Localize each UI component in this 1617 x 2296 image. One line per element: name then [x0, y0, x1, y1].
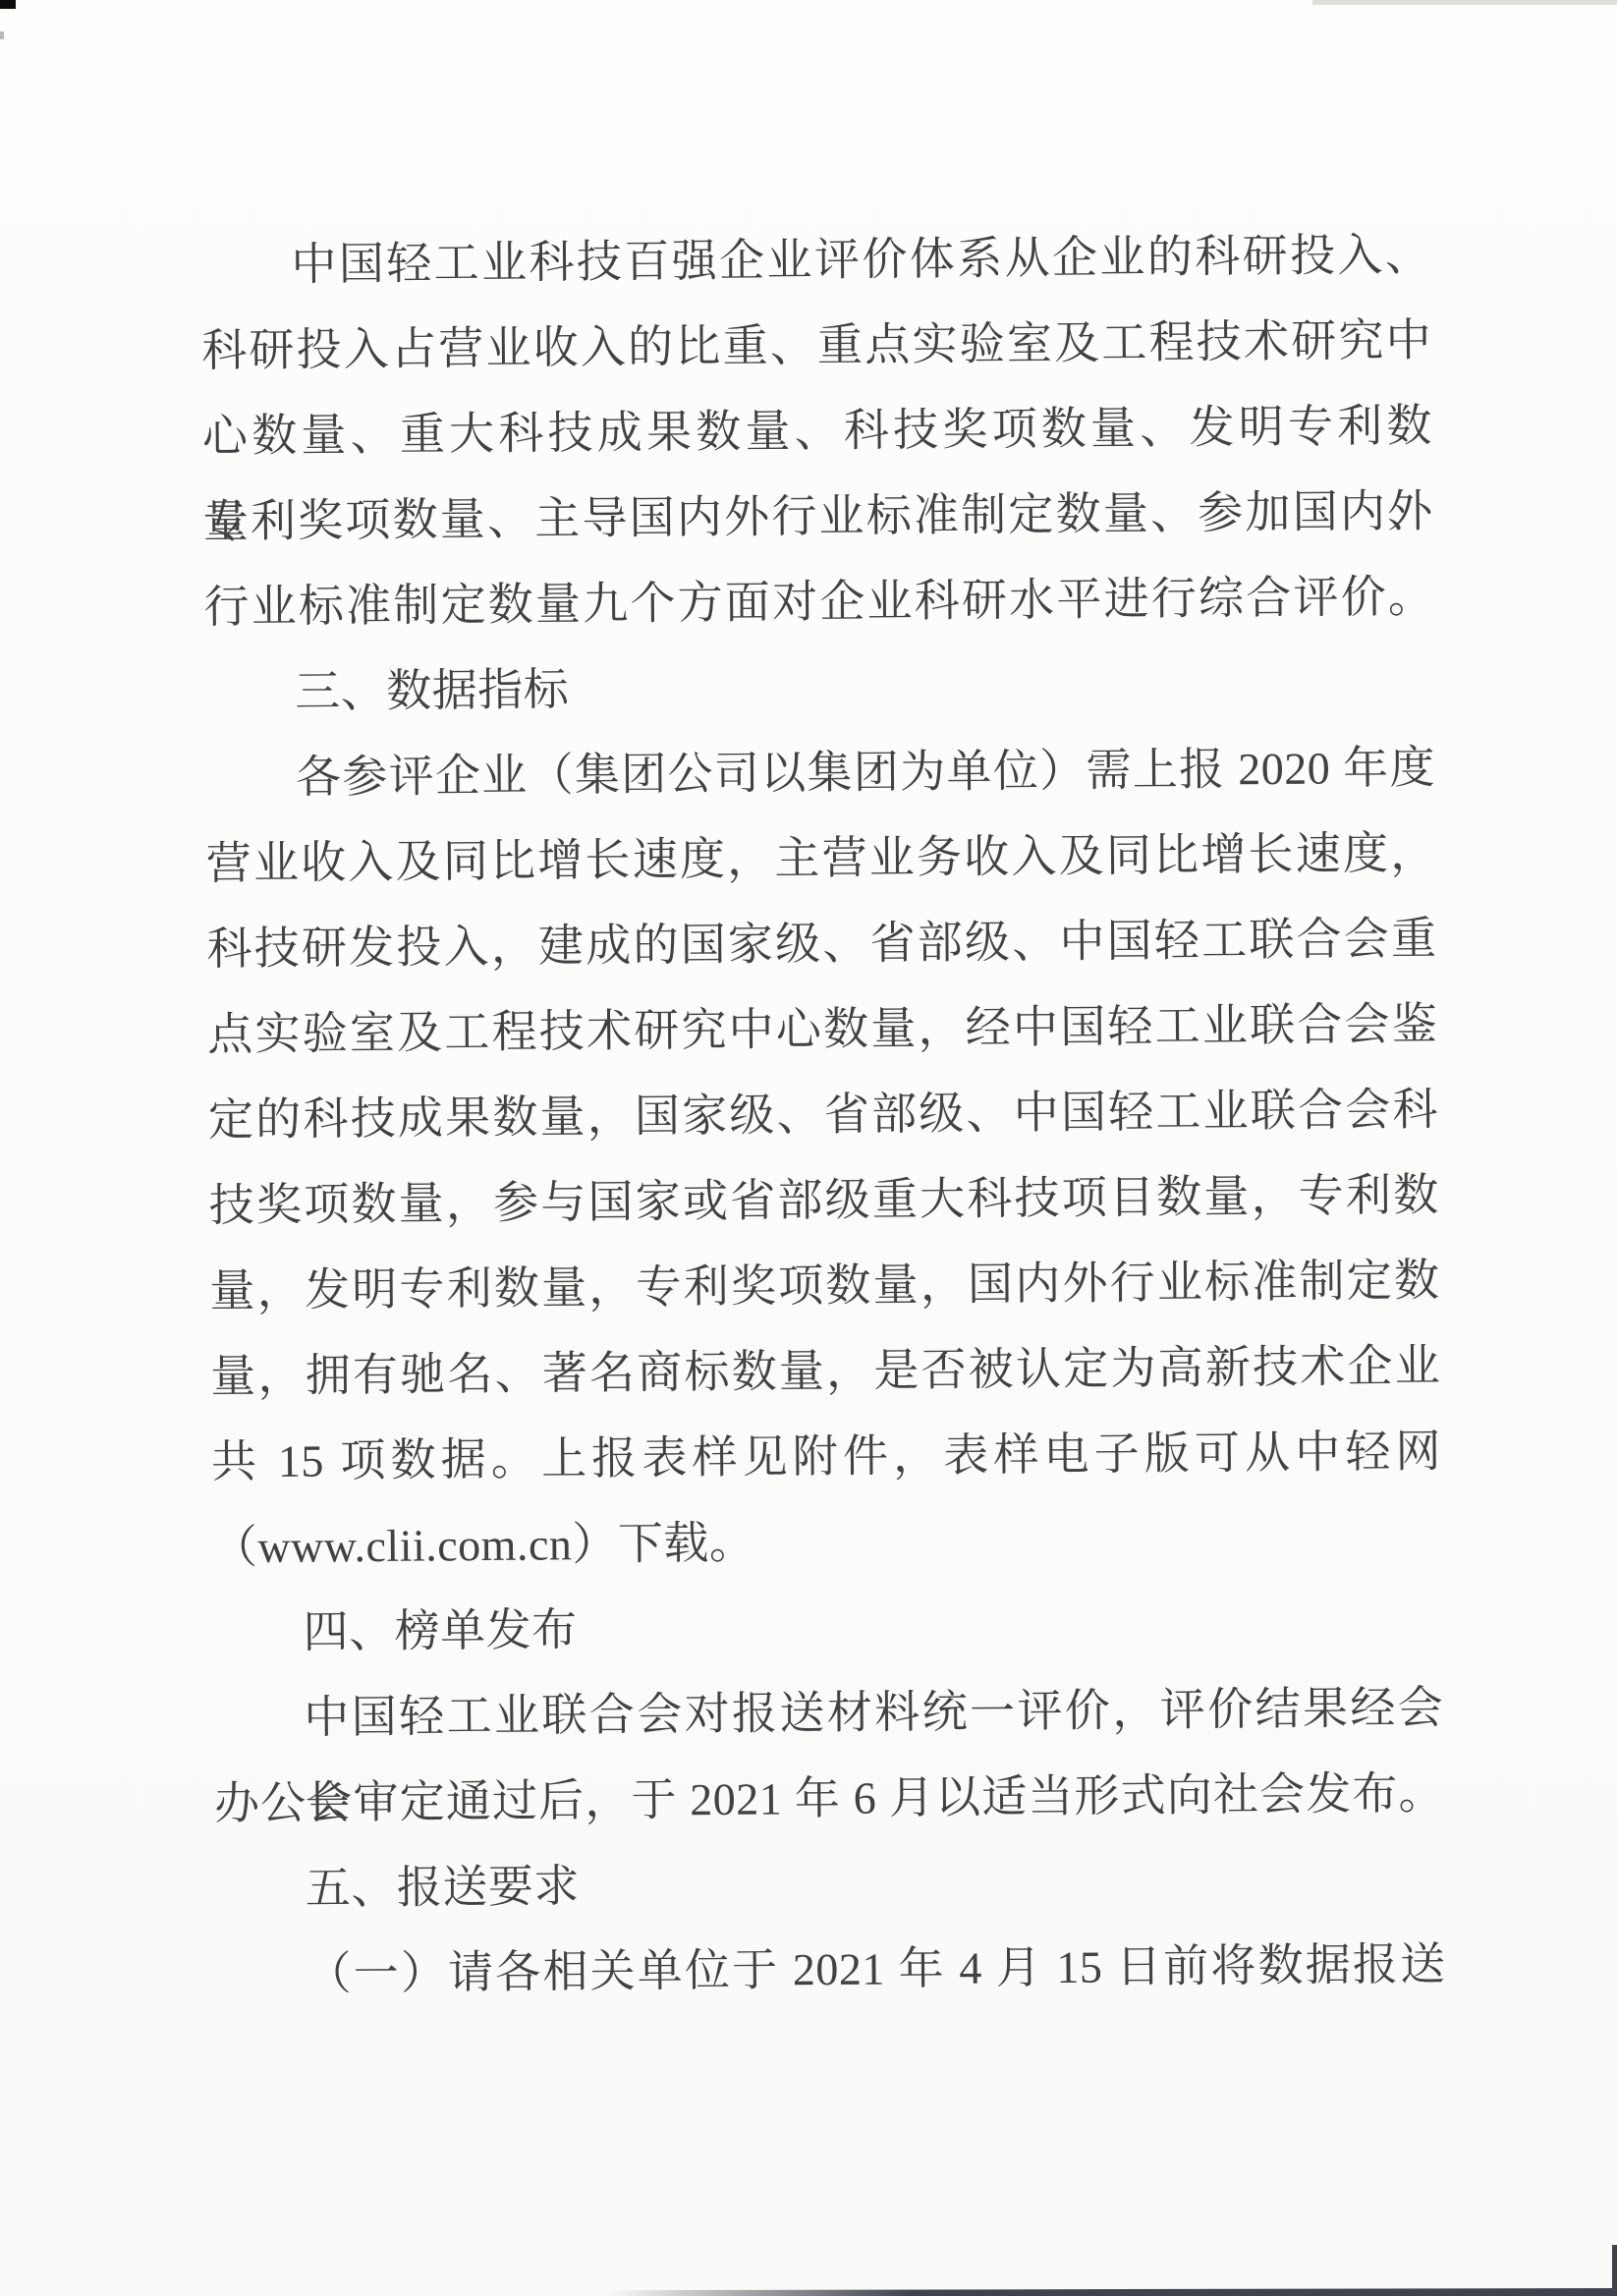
text-line: 定的科技成果数量，国家级、省部级、中国轻工业联合会科: [208, 1067, 1439, 1163]
scan-right-edge-shadow: [1612, 2245, 1617, 2296]
scan-top-edge-shadow: [1312, 0, 1617, 5]
text-line: 营业收入及同比增长速度，主营业务收入及同比增长速度，: [205, 811, 1436, 907]
section-heading: 三、数据指标: [204, 640, 1435, 736]
text-line: 行业标准制定数量九个方面对企业科研水平进行综合评价。: [203, 554, 1434, 650]
section-heading: 五、报送要求: [214, 1836, 1445, 1932]
text-line: 专利奖项数量、主导国内外行业标准制定数量、参加国内外: [202, 469, 1433, 565]
text-line: 中国轻工业联合会对报送材料统一评价，评价结果经会长: [213, 1665, 1444, 1762]
text-line: 共 15 项数据。上报表样见附件，表样电子版可从中轻网: [211, 1409, 1442, 1505]
text-line: 科技研发投入，建成的国家级、省部级、中国轻工联合会重: [206, 896, 1437, 992]
text-line: 心数量、重大科技成果数量、科技奖项数量、发明专利数量、: [202, 383, 1433, 479]
text-line: 办公会审定通过后，于 2021 年 6 月以适当形式向社会发布。: [214, 1751, 1445, 1847]
text-line-url: （www.clii.com.cn）下载。: [211, 1494, 1442, 1591]
document-text-block: 中国轻工业科技百强企业评价体系从企业的科研投入、 科研投入占营业收入的比重、重点…: [200, 212, 1446, 2018]
text-line: 点实验室及工程技术研究中心数量，经中国轻工业联合会鉴: [207, 981, 1438, 1078]
scan-smudge-artifact: [0, 31, 4, 39]
scanned-page: 中国轻工业科技百强企业评价体系从企业的科研投入、 科研投入占营业收入的比重、重点…: [0, 0, 1617, 2296]
section-heading: 四、榜单发布: [212, 1580, 1443, 1676]
scan-bottom-edge-shadow: [607, 2288, 1617, 2296]
text-line: 科研投入占营业收入的比重、重点实验室及工程技术研究中: [201, 298, 1432, 394]
text-line: 各参评企业（集团公司以集团为单位）需上报 2020 年度: [205, 725, 1436, 821]
text-line: 量，发明专利数量，专利奖项数量，国内外行业标准制定数: [209, 1238, 1440, 1334]
text-line: 技奖项数量，参与国家或省部级重大科技项目数量，专利数: [208, 1152, 1439, 1249]
scan-corner-artifact: [0, 0, 16, 9]
text-line: 中国轻工业科技百强企业评价体系从企业的科研投入、: [200, 212, 1431, 308]
text-line: （一）请各相关单位于 2021 年 4 月 15 日前将数据报送: [215, 1922, 1446, 2018]
text-line: 量，拥有驰名、著名商标数量，是否被认定为高新技术企业: [210, 1323, 1441, 1420]
